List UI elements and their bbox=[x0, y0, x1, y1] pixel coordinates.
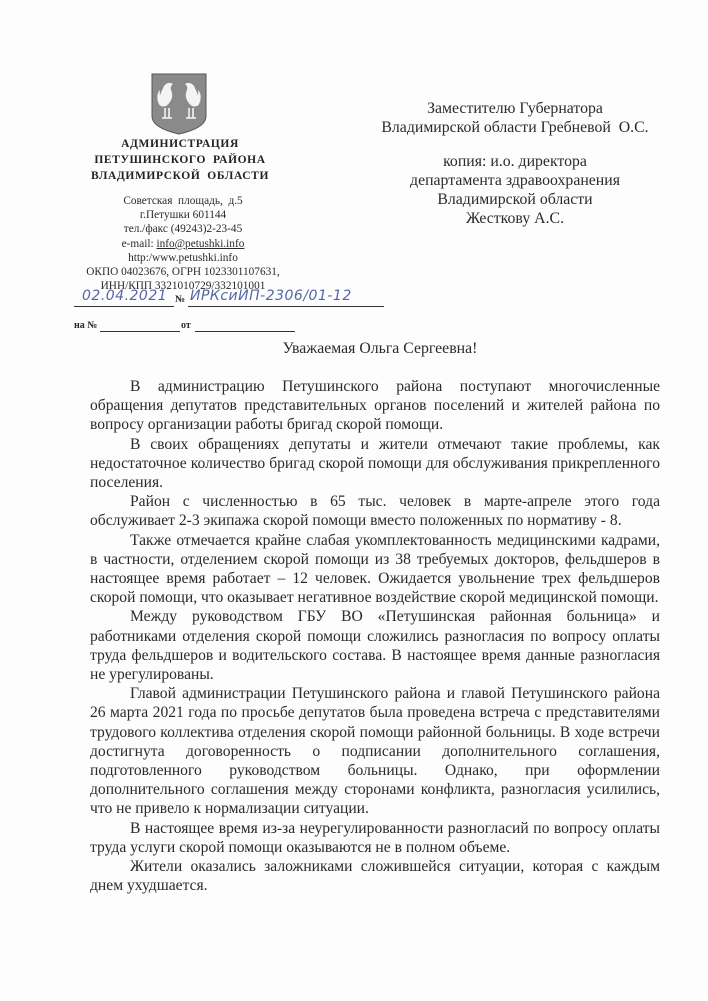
paragraph: В настоящее время из-за неурегулированно… bbox=[90, 819, 660, 857]
email-label: e-mail: bbox=[122, 238, 157, 250]
phone: тел./факс (49243)2-23-45 bbox=[68, 222, 298, 236]
paragraph: Также отмечается крайне слабая укомплект… bbox=[90, 531, 660, 608]
addressee-block: Заместителю Губернатора Владимирской обл… bbox=[355, 99, 675, 228]
organization-name: АДМИНИСТРАЦИЯ ПЕТУШИНСКОГО РАЙОНА ВЛАДИМ… bbox=[70, 136, 290, 184]
codes-line-1: ОКПО 04023676, ОГРН 1023301107631, bbox=[68, 265, 298, 279]
email-line: e-mail: info@petushki.info bbox=[68, 237, 298, 251]
org-line-3: ВЛАДИМИРСКОЙ ОБЛАСТИ bbox=[70, 168, 290, 184]
address: Советская площадь, д.5 bbox=[68, 194, 298, 208]
addressee-line-1: Заместителю Губернатора bbox=[355, 99, 675, 118]
paragraph: В своих обращениях депутаты и жители отм… bbox=[90, 435, 660, 493]
city: г.Петушки 601144 bbox=[68, 208, 298, 222]
letter-page: АДМИНИСТРАЦИЯ ПЕТУШИНСКОГО РАЙОНА ВЛАДИМ… bbox=[0, 0, 708, 1001]
copy-line-3: Владимирской области bbox=[355, 190, 675, 209]
copy-line-1: копия: и.о. директора bbox=[355, 152, 675, 171]
number-label: № bbox=[175, 294, 185, 305]
paragraph: Район с численностью в 65 тыс. человек в… bbox=[90, 492, 660, 530]
salutation: Уважаемая Ольга Сергеевна! bbox=[90, 340, 670, 358]
org-line-2: ПЕТУШИНСКОГО РАЙОНА bbox=[70, 152, 290, 168]
copy-line-4: Жесткову А.С. bbox=[355, 209, 675, 228]
paragraph: Между руководством ГБУ ВО «Петушинская р… bbox=[90, 607, 660, 684]
letter-body: В администрацию Петушинского района пост… bbox=[90, 377, 660, 895]
paragraph: Главой администрации Петушинского района… bbox=[90, 684, 660, 818]
reference-line: на № от bbox=[74, 318, 304, 336]
from-label: от bbox=[181, 320, 191, 331]
copy-line-2: департамента здравоохранения bbox=[355, 171, 675, 190]
contact-block: Советская площадь, д.5 г.Петушки 601144 … bbox=[68, 194, 298, 293]
coat-of-arms-icon bbox=[150, 72, 208, 136]
registration-date: 02.04.2021 bbox=[82, 288, 167, 304]
registration-number: ИРКсиИП-2306/01-12 bbox=[190, 288, 352, 304]
website: http:/www.petushki.info bbox=[68, 251, 298, 265]
paragraph: В администрацию Петушинского района пост… bbox=[90, 377, 660, 435]
registration-line: 02.04.2021 № ИРКсиИП-2306/01-12 bbox=[74, 290, 384, 310]
org-line-1: АДМИНИСТРАЦИЯ bbox=[70, 136, 290, 152]
ref-label: на № bbox=[74, 320, 97, 331]
email-link[interactable]: info@petushki.info bbox=[156, 238, 244, 250]
paragraph: Жители оказались заложниками сложившейся… bbox=[90, 857, 660, 895]
addressee-line-2: Владимирской области Гребневой О.С. bbox=[355, 118, 675, 137]
